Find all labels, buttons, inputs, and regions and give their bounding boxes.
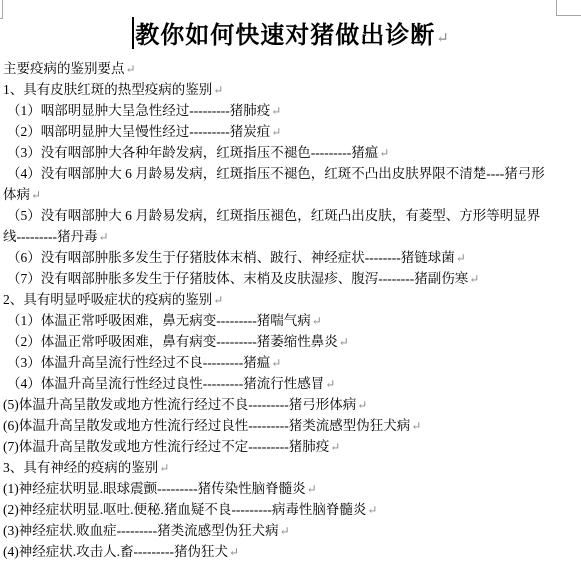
text-line-content: (6)体温升高呈散发或地方性流行经过良性---------猪类流感型伪狂犬病 xyxy=(3,418,410,433)
text-line-content: （5）没有咽部肿大 6 月龄易发病，红斑指压褪色，红斑凸出皮肤，有菱型、方形等明… xyxy=(7,208,540,223)
text-line: （3）体温升高呈流行性经过不良---------猪瘟↵ xyxy=(3,352,581,373)
paragraph-mark-icon: ↵ xyxy=(330,440,340,454)
document-page: 教你如何快速对猪做出诊断↵ 主要疫病的鉴别要点↵1、具有皮肤红斑的热型疫病的鉴别… xyxy=(0,0,581,561)
text-line: （3）没有咽部肿大各种年龄发病，红斑指压不褪色---------猪瘟↵ xyxy=(3,142,581,163)
paragraph-mark-icon: ↵ xyxy=(357,398,367,412)
text-line-content: (1)神经症状明显.眼球震颤---------猪传染性脑脊髓炎 xyxy=(3,481,306,496)
text-line: （7）没有咽部肿胀多发生于仔猪肢体、末梢及皮肤湿疹、腹泻--------猪副伤寒… xyxy=(3,268,581,289)
text-line: (5)体温升高呈散发或地方性流行经过不良---------猪弓形体病↵ xyxy=(3,394,581,415)
paragraph-mark-icon: ↵ xyxy=(280,524,290,538)
paragraph-mark-icon: ↵ xyxy=(367,503,377,517)
page-title: 教你如何快速对猪做出诊断↵ xyxy=(0,16,581,58)
text-line: 主要疫病的鉴别要点↵ xyxy=(3,58,581,79)
paragraph-mark-icon: ↵ xyxy=(339,335,349,349)
text-line-content: （2）咽部明显肿大呈慢性经过---------猪炭疽 xyxy=(7,124,270,139)
text-line: （4）没有咽部肿大 6 月龄易发病，红斑指压不褪色，红斑不凸出皮肤界限不清楚--… xyxy=(3,163,581,184)
text-line-content: （1）体温正常呼吸困难，鼻无病变---------猪喘气病 xyxy=(7,313,311,328)
text-line-content: （7）没有咽部肿胀多发生于仔猪肢体、末梢及皮肤湿疹、腹泻--------猪副伤寒 xyxy=(7,271,468,286)
text-line-content: (3)神经症状.败血症---------猪类流感型伪狂犬病 xyxy=(3,523,279,538)
text-line: （2）体温正常呼吸困难，鼻有病变---------猪萎缩性鼻炎↵ xyxy=(3,331,581,352)
text-line: (1)神经症状明显.眼球震颤---------猪传染性脑脊髓炎↵ xyxy=(3,478,581,499)
text-line-content: 1、具有皮肤红斑的热型疫病的鉴别 xyxy=(3,82,212,97)
paragraph-mark-icon: ↵ xyxy=(31,188,41,202)
text-line-content: （3）体温升高呈流行性经过不良---------猪瘟 xyxy=(7,355,270,370)
document-body: 主要疫病的鉴别要点↵1、具有皮肤红斑的热型疫病的鉴别↵（1）咽部明显肿大呈急性经… xyxy=(0,58,581,561)
page-title-text: 教你如何快速对猪做出诊断 xyxy=(135,23,435,49)
text-line: （1）咽部明显肿大呈急性经过---------猪肺疫↵ xyxy=(3,100,581,121)
text-line-content: 主要疫病的鉴别要点 xyxy=(3,61,125,76)
paragraph-mark-icon: ↵ xyxy=(271,125,281,139)
text-line-content: 线---------猪丹毒 xyxy=(3,229,97,244)
paragraph-mark-icon: ↵ xyxy=(379,146,389,160)
paragraph-mark-icon: ↵ xyxy=(126,62,136,76)
text-line: （5）没有咽部肿大 6 月龄易发病，红斑指压褪色，红斑凸出皮肤，有菱型、方形等明… xyxy=(3,205,581,226)
text-line-content: (4)神经症状.攻击人.畜---------猪伪狂犬 xyxy=(3,544,228,559)
paragraph-mark-icon: ↵ xyxy=(307,482,317,496)
paragraph-mark-icon: ↵ xyxy=(159,461,169,475)
text-line-content: (2)神经症状明显.呕吐.便秘.猪血疑不良---------病毒性脑脊髓炎 xyxy=(3,502,366,517)
text-line-content: （2）体温正常呼吸困难，鼻有病变---------猪萎缩性鼻炎 xyxy=(7,334,338,349)
paragraph-mark-icon: ↵ xyxy=(271,104,281,118)
text-line: （1）体温正常呼吸困难，鼻无病变---------猪喘气病↵ xyxy=(3,310,581,331)
text-line: 3、具有神经的疫病的鉴别↵ xyxy=(3,457,581,478)
paragraph-mark-icon: ↵ xyxy=(213,293,223,307)
paragraph-mark-icon: ↵ xyxy=(271,356,281,370)
paragraph-mark-icon: ↵ xyxy=(312,314,322,328)
text-line-content: （3）没有咽部肿大各种年龄发病，红斑指压不褪色---------猪瘟 xyxy=(7,145,378,160)
text-line-content: （4）体温升高呈流行性经过良性---------猪流行性感冒 xyxy=(7,376,324,391)
text-line-content: （4）没有咽部肿大 6 月龄易发病，红斑指压不褪色，红斑不凸出皮肤界限不清楚--… xyxy=(7,166,545,181)
text-cursor xyxy=(132,17,134,49)
text-line-content: 3、具有神经的疫病的鉴别 xyxy=(3,460,158,475)
text-line: (6)体温升高呈散发或地方性流行经过良性---------猪类流感型伪狂犬病↵ xyxy=(3,415,581,436)
paragraph-mark-icon: ↵ xyxy=(98,230,108,244)
paragraph-mark-icon: ↵ xyxy=(213,83,223,97)
text-line-content: 2、具有明显呼吸症状的疫病的鉴别 xyxy=(3,292,212,307)
text-line: (4)神经症状.攻击人.畜---------猪伪狂犬↵ xyxy=(3,541,581,561)
text-line-content: 体病 xyxy=(3,187,30,202)
paragraph-mark-icon: ↵ xyxy=(456,251,466,265)
paragraph-mark-icon: ↵ xyxy=(436,31,449,47)
text-line: 2、具有明显呼吸症状的疫病的鉴别↵ xyxy=(3,289,581,310)
text-line-content: （6）没有咽部肿胀多发生于仔猪肢体末梢、跛行、神经症状--------猪链球菌 xyxy=(7,250,455,265)
text-line: （4）体温升高呈流行性经过良性---------猪流行性感冒↵ xyxy=(3,373,581,394)
text-line-content: （1）咽部明显肿大呈急性经过---------猪肺疫 xyxy=(7,103,270,118)
text-line-content: (5)体温升高呈散发或地方性流行经过不良---------猪弓形体病 xyxy=(3,397,356,412)
text-line: （2）咽部明显肿大呈慢性经过---------猪炭疽↵ xyxy=(3,121,581,142)
text-line: 线---------猪丹毒↵ xyxy=(3,226,581,247)
text-line: (2)神经症状明显.呕吐.便秘.猪血疑不良---------病毒性脑脊髓炎↵ xyxy=(3,499,581,520)
text-line: (7)体温升高呈散发或地方性流行经过不定---------猪肺疫↵ xyxy=(3,436,581,457)
paragraph-mark-icon: ↵ xyxy=(325,377,335,391)
text-line: (3)神经症状.败血症---------猪类流感型伪狂犬病↵ xyxy=(3,520,581,541)
paragraph-mark-icon: ↵ xyxy=(229,545,239,559)
text-line: 体病↵ xyxy=(3,184,581,205)
paragraph-mark-icon: ↵ xyxy=(469,272,479,286)
text-line: （6）没有咽部肿胀多发生于仔猪肢体末梢、跛行、神经症状--------猪链球菌↵ xyxy=(3,247,581,268)
text-line: 1、具有皮肤红斑的热型疫病的鉴别↵ xyxy=(3,79,581,100)
text-line-content: (7)体温升高呈散发或地方性流行经过不定---------猪肺疫 xyxy=(3,439,329,454)
paragraph-mark-icon: ↵ xyxy=(411,419,421,433)
